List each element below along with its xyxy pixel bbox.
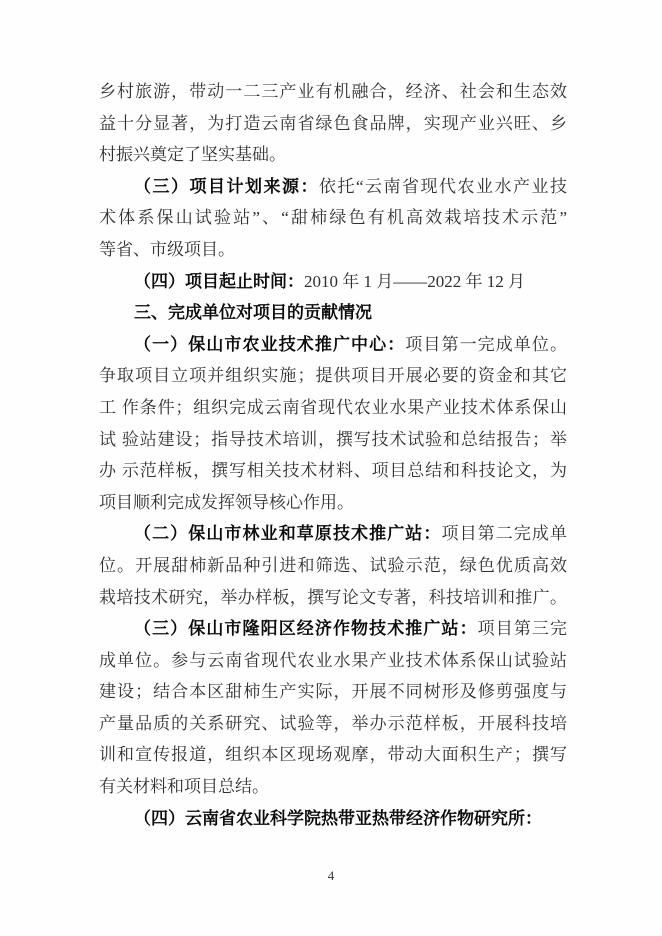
text-line: 建设；结合本区甜柿生产实际，开展不同树形及修剪强度与 (99, 676, 567, 708)
document-page: 乡村旅游，带动一二三产业有机融合，经济、社会和生态效益十分显著，为打造云南省绿色… (0, 0, 662, 936)
body-segment: 等省、市级项目。 (99, 240, 235, 259)
text-block: 乡村旅游，带动一二三产业有机融合，经济、社会和生态效益十分显著，为打造云南省绿色… (99, 76, 567, 834)
text-line: 有关材料和项目总结。 (99, 771, 567, 803)
body-segment: 项目第三完 (478, 619, 567, 638)
text-line: 试 验站建设；指导技术培训，撰写技术试验和总结报告；举 (99, 424, 567, 456)
text-line: 产量品质的关系研究、试验等，举办示范样板，开展科技培 (99, 708, 567, 740)
text-line: 三、完成单位对项目的贡献情况 (99, 297, 567, 329)
body-segment: 术体系保山试验站”、“甜柿绿色有机高效栽培技术示范” (99, 208, 567, 227)
body-segment: 依托“云南省现代农业水产业技 (319, 177, 567, 196)
body-segment: 训和宣传报道，组织本区现场观摩，带动大面积生产；撰写 (99, 745, 567, 764)
body-segment: 项目第二完成单 (441, 524, 567, 543)
heading-segment: （二）保山市林业和草原技术推广站： (134, 524, 441, 543)
text-line: 办 示范样板，撰写相关技术材料、项目总结和科技论文，为 (99, 455, 567, 487)
body-segment: 成单位。参与云南省现代农业水果产业技术体系保山试验站 (99, 651, 567, 670)
text-line: 术体系保山试验站”、“甜柿绿色有机高效栽培技术示范” (99, 202, 567, 234)
body-segment: 位。开展甜柿新品种引进和筛选、试验示范，绿色优质高效 (99, 556, 567, 575)
text-line: （四）云南省农业科学院热带亚热带经济作物研究所： (99, 803, 567, 835)
heading-segment: （四）云南省农业科学院热带亚热带经济作物研究所： (134, 809, 542, 828)
heading-segment: （三）项目计划来源： (134, 177, 319, 196)
text-line: （三）项目计划来源：依托“云南省现代农业水产业技 (99, 171, 567, 203)
text-line: 栽培技术研究，举办样板，撰写论文专著，科技培训和推广。 (99, 582, 567, 614)
body-segment: 益十分显著，为打造云南省绿色食品牌，实现产业兴旺、乡 (99, 114, 567, 133)
text-line: 位。开展甜柿新品种引进和筛选、试验示范，绿色优质高效 (99, 550, 567, 582)
body-segment: 栽培技术研究，举办样板，撰写论文专著，科技培训和推广。 (99, 588, 567, 607)
text-line: 工 作条件；组织完成云南省现代农业水果产业技术体系保山 (99, 392, 567, 424)
text-line: 等省、市级项目。 (99, 234, 567, 266)
body-segment: 争取项目立项并组织实施；提供项目开展必要的资金和其它 (99, 366, 567, 385)
heading-segment: （三）保山市隆阳区经济作物技术推广站： (134, 619, 478, 638)
body-segment: 产量品质的关系研究、试验等，举办示范样板，开展科技培 (99, 714, 567, 733)
body-segment: 项目顺利完成发挥领导核心作用。 (99, 493, 354, 512)
text-line: 训和宣传报道，组织本区现场观摩，带动大面积生产；撰写 (99, 739, 567, 771)
page-number: 4 (0, 868, 662, 884)
text-line: 益十分显著，为打造云南省绿色食品牌，实现产业兴旺、乡 (99, 108, 567, 140)
body-segment: 试 验站建设；指导技术培训，撰写技术试验和总结报告；举 (99, 430, 567, 449)
body-segment: 2010 年 1 月——2022 年 12 月 (304, 272, 525, 291)
text-line: （三）保山市隆阳区经济作物技术推广站：项目第三完 (99, 613, 567, 645)
body-segment: 村振兴奠定了坚实基础。 (99, 145, 286, 164)
body-segment: 有关材料和项目总结。 (99, 777, 269, 796)
text-line: 村振兴奠定了坚实基础。 (99, 139, 567, 171)
body-segment: 项目第一完成单位。 (405, 335, 567, 354)
text-line: （四）项目起止时间：2010 年 1 月——2022 年 12 月 (99, 266, 567, 298)
text-line: 成单位。参与云南省现代农业水果产业技术体系保山试验站 (99, 645, 567, 677)
text-line: 项目顺利完成发挥领导核心作用。 (99, 487, 567, 519)
heading-segment: （四）项目起止时间： (134, 272, 304, 291)
heading-segment: （一）保山市农业技术推广中心： (134, 335, 405, 354)
text-line: 争取项目立项并组织实施；提供项目开展必要的资金和其它 (99, 360, 567, 392)
heading-segment: 三、完成单位对项目的贡献情况 (134, 303, 372, 322)
text-line: （二）保山市林业和草原技术推广站：项目第二完成单 (99, 518, 567, 550)
body-segment: 工 作条件；组织完成云南省现代农业水果产业技术体系保山 (99, 398, 567, 417)
text-line: 乡村旅游，带动一二三产业有机融合，经济、社会和生态效 (99, 76, 567, 108)
text-line: （一）保山市农业技术推广中心：项目第一完成单位。 (99, 329, 567, 361)
body-segment: 建设；结合本区甜柿生产实际，开展不同树形及修剪强度与 (99, 682, 567, 701)
body-segment: 办 示范样板，撰写相关技术材料、项目总结和科技论文，为 (99, 461, 567, 480)
body-segment: 乡村旅游，带动一二三产业有机融合，经济、社会和生态效 (99, 82, 567, 101)
